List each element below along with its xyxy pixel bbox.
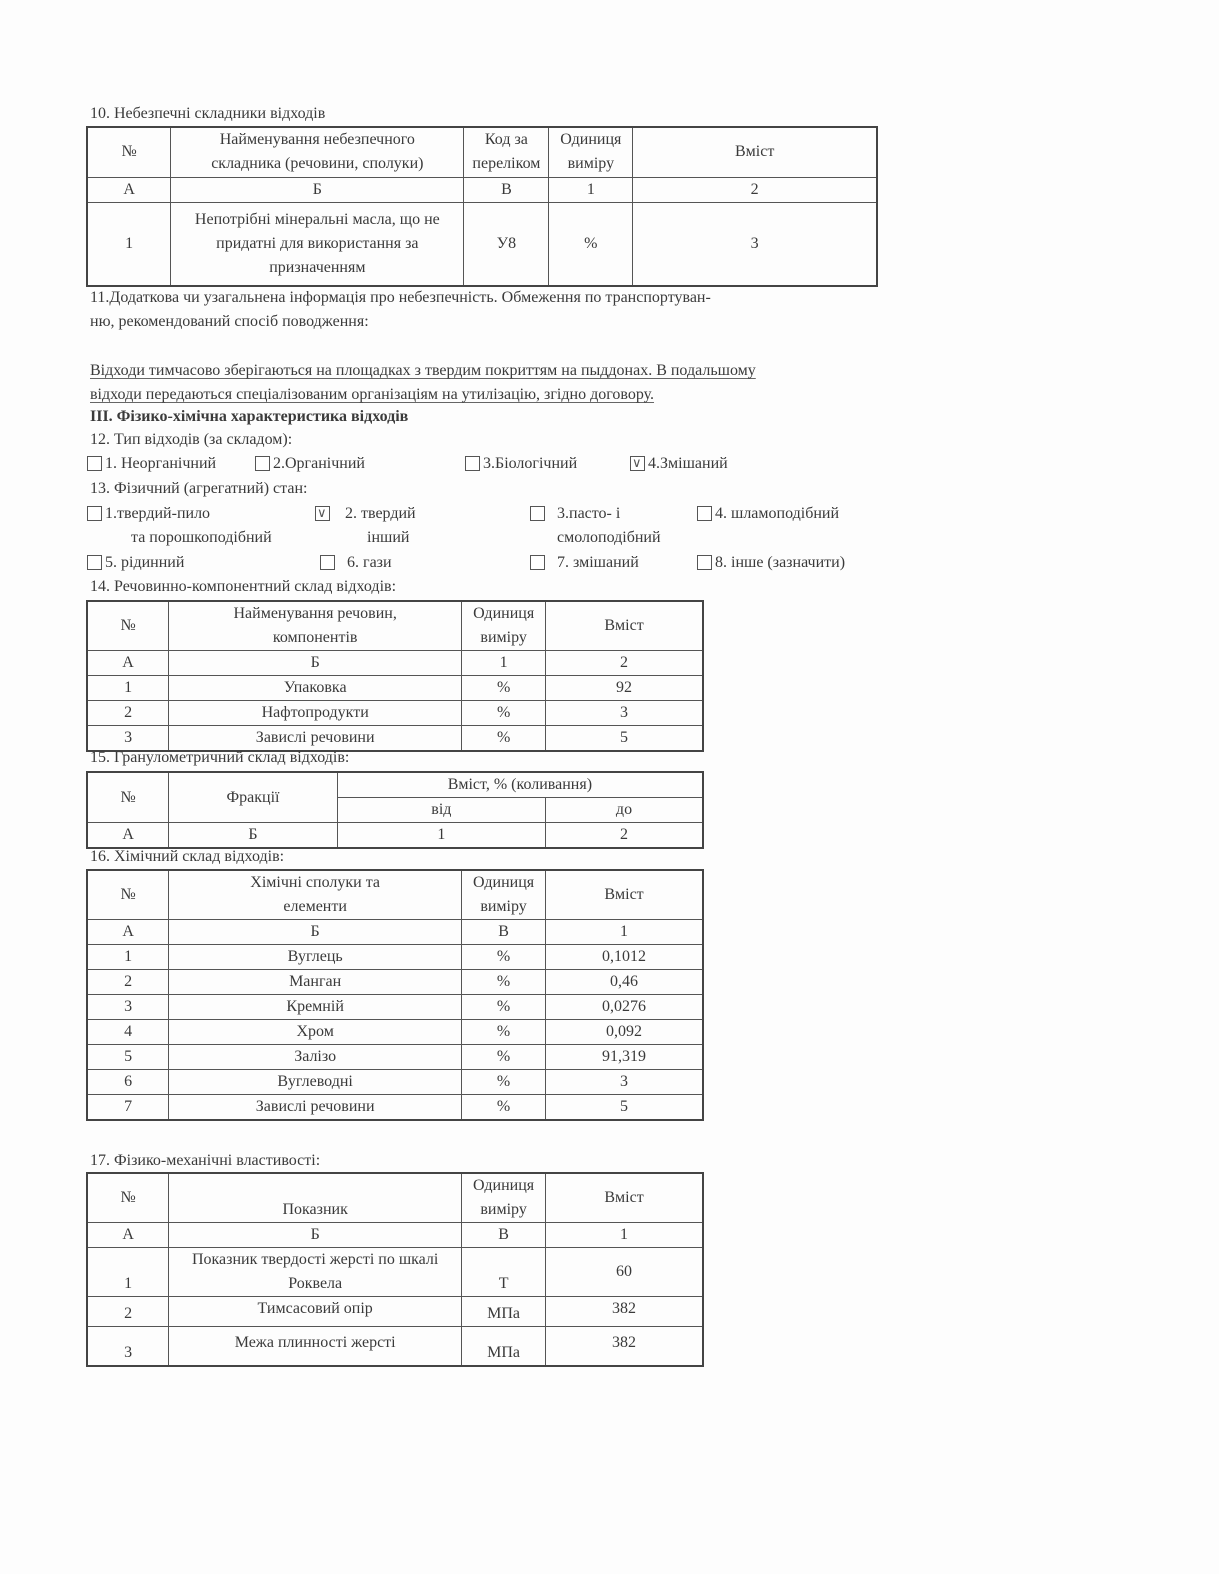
- index-cell: В: [464, 177, 549, 202]
- row-value: 92: [546, 676, 703, 701]
- row-value: 60: [546, 1248, 703, 1297]
- index-cell: В: [462, 1223, 546, 1248]
- table-row: 7 Завислі речовини % 5: [87, 1095, 703, 1121]
- table-row: 1 Показник твердості жерсті по шкаліРокв…: [87, 1248, 703, 1297]
- waste-type-mixed-option[interactable]: 4.Змішаний: [630, 452, 728, 476]
- table-row: 2 Тимсасовий опір МПа 382: [87, 1297, 703, 1327]
- header-no: №: [87, 127, 171, 177]
- waste-type-inorganic-option[interactable]: 1. Неорганічний: [87, 452, 216, 476]
- checkbox-gas[interactable]: [320, 555, 335, 570]
- section-11-text-line2: відходи передаються спеціалізованим орга…: [90, 385, 654, 405]
- section-13-title: 13. Фізичний (агрегатний) стан:: [90, 479, 307, 499]
- components-table: № Найменування речовин,компонентів Одини…: [86, 600, 704, 752]
- table-row: 1 Непотрібні мінеральні масла, що неприд…: [87, 202, 877, 286]
- row-name: Показник твердості жерсті по шкаліРоквел…: [169, 1248, 462, 1297]
- row-no: 2: [87, 701, 169, 726]
- header-name: Найменування небезпечногоскладника (речо…: [171, 127, 464, 177]
- row-unit: %: [462, 945, 546, 970]
- index-row: А Б В 1 2: [87, 177, 877, 202]
- row-value: 3: [633, 202, 877, 286]
- waste-type-organic-option[interactable]: 2.Органічний: [255, 452, 365, 476]
- row-no: 1: [87, 202, 171, 286]
- option-label: 1.твердий-пилота порошкоподібний: [105, 502, 272, 550]
- header-unit: Одиницявиміру: [462, 1173, 546, 1223]
- index-cell: А: [87, 920, 169, 945]
- header-no: №: [87, 1173, 169, 1223]
- row-unit: %: [549, 202, 633, 286]
- row-no: 1: [87, 676, 169, 701]
- section-12-title: 12. Тип відходів (за складом):: [90, 430, 292, 450]
- index-cell: 2: [546, 651, 703, 676]
- section-11-text-line1: Відходи тимчасово зберігаються на площад…: [90, 361, 756, 381]
- header-content: Вміст: [546, 1173, 703, 1223]
- waste-type-biological-option[interactable]: 3.Біологічний: [465, 452, 577, 476]
- row-name: Вуглець: [169, 945, 462, 970]
- row-name: Залізо: [169, 1045, 462, 1070]
- row-no: 3: [87, 995, 169, 1020]
- table-header-row: № Найменування речовин,компонентів Одини…: [87, 601, 703, 651]
- index-cell: В: [462, 920, 546, 945]
- table-row: 2 Манган % 0,46: [87, 970, 703, 995]
- table-row: 3 Кремній % 0,0276: [87, 995, 703, 1020]
- row-name: Завислі речовини: [169, 1095, 462, 1121]
- row-value: 0,46: [546, 970, 703, 995]
- chemical-composition-table: № Хімічні сполуки таелементи Одиницявимі…: [86, 869, 704, 1121]
- row-name: Тимсасовий опір: [169, 1297, 462, 1327]
- section-11-title-line2: ню, рекомендований спосіб поводження:: [90, 312, 369, 332]
- table-row: 6 Вуглеводні % 3: [87, 1070, 703, 1095]
- header-content-range: Вміст, % (коливання): [337, 772, 703, 798]
- checkbox-mixed-checked[interactable]: [630, 456, 645, 471]
- row-name: Непотрібні мінеральні масла, що непридат…: [171, 202, 464, 286]
- row-name: Вуглеводні: [169, 1070, 462, 1095]
- state-solid-dust-option[interactable]: 1.твердий-пилота порошкоподібний: [87, 502, 272, 550]
- row-name: Хром: [169, 1020, 462, 1045]
- index-row: А Б В 1: [87, 920, 703, 945]
- index-cell: А: [87, 177, 171, 202]
- hazardous-components-table: № Найменування небезпечногоскладника (ре…: [86, 126, 878, 287]
- row-unit: %: [462, 1095, 546, 1121]
- physical-mechanical-table: № Показник Одиницявиміру Вміст А Б В 1 1…: [86, 1172, 704, 1367]
- row-name: Кремній: [169, 995, 462, 1020]
- header-unit: Одиницявиміру: [462, 870, 546, 920]
- row-no: 6: [87, 1070, 169, 1095]
- row-unit: Т: [462, 1248, 546, 1297]
- index-row: А Б 1 2: [87, 651, 703, 676]
- row-unit: МПа: [462, 1297, 546, 1327]
- index-cell: 1: [546, 920, 703, 945]
- row-value: 382: [546, 1297, 703, 1327]
- row-no: 1: [87, 945, 169, 970]
- table-row: 1 Упаковка % 92: [87, 676, 703, 701]
- granulometric-table: № Фракції Вміст, % (коливання) від до А …: [86, 771, 704, 849]
- checkbox-solid-other-checked[interactable]: [315, 506, 330, 521]
- section-11-title-line1: 11.Додаткова чи узагальнена інформація п…: [90, 288, 711, 308]
- row-unit: %: [462, 701, 546, 726]
- row-value: 5: [546, 726, 703, 752]
- row-name: Упаковка: [169, 676, 462, 701]
- option-label: 1. Неорганічний: [105, 452, 216, 476]
- table-row: 4 Хром % 0,092: [87, 1020, 703, 1045]
- state-gas-option[interactable]: 6. гази: [320, 551, 392, 575]
- option-label: 4.Змішаний: [648, 452, 728, 476]
- header-fraction: Фракції: [169, 772, 338, 823]
- option-label: 7. змішаний: [557, 551, 639, 575]
- row-value: 3: [546, 701, 703, 726]
- index-cell: А: [87, 1223, 169, 1248]
- option-label: 3.Біологічний: [483, 452, 577, 476]
- row-unit: %: [462, 970, 546, 995]
- table-header-row: № Фракції Вміст, % (коливання): [87, 772, 703, 798]
- row-no: 5: [87, 1045, 169, 1070]
- row-unit: %: [462, 1070, 546, 1095]
- index-cell: Б: [169, 920, 462, 945]
- section-14-title: 14. Речовинно-компонентний склад відході…: [90, 577, 396, 597]
- option-label: 4. шламоподібний: [715, 502, 839, 526]
- checkbox-solid-dust[interactable]: [87, 506, 102, 521]
- option-label: 2. твердийінший: [345, 502, 416, 550]
- row-no: 1: [87, 1248, 169, 1297]
- row-name: Межа плинності жерсті: [169, 1327, 462, 1366]
- header-no: №: [87, 772, 169, 823]
- row-value: 3: [546, 1070, 703, 1095]
- state-other-option[interactable]: 8. інше (зазначити): [697, 551, 845, 575]
- option-label: 6. гази: [347, 551, 392, 575]
- checkbox-liquid[interactable]: [87, 555, 102, 570]
- index-cell: Б: [169, 651, 462, 676]
- section-16-title: 16. Хімічний склад відходів:: [90, 847, 284, 867]
- index-row: А Б 1 2: [87, 823, 703, 849]
- row-unit: %: [462, 726, 546, 752]
- checkbox-organic[interactable]: [255, 456, 270, 471]
- section-3-title: ІІІ. Фізико-хімічна характеристика відхо…: [90, 407, 408, 427]
- row-no: 4: [87, 1020, 169, 1045]
- option-label: 3.пасто- ісмолоподібний: [557, 502, 661, 550]
- index-cell: Б: [169, 823, 338, 849]
- header-name: Хімічні сполуки таелементи: [169, 870, 462, 920]
- header-unit: Одиницявиміру: [549, 127, 633, 177]
- row-value: 0,092: [546, 1020, 703, 1045]
- index-cell: 2: [633, 177, 877, 202]
- header-content: Вміст: [633, 127, 877, 177]
- header-content: Вміст: [546, 870, 703, 920]
- index-cell: 1: [337, 823, 545, 849]
- index-cell: 1: [462, 651, 546, 676]
- state-mixed-option[interactable]: 7. змішаний: [530, 551, 639, 575]
- row-unit: МПа: [462, 1327, 546, 1366]
- table-row: 3 Межа плинності жерсті МПа 382: [87, 1327, 703, 1366]
- option-label: 5. рідинний: [105, 551, 184, 575]
- checkbox-state-mixed[interactable]: [530, 555, 545, 570]
- section-10-title: 10. Небезпечні складники відходів: [90, 104, 325, 124]
- header-no: №: [87, 601, 169, 651]
- checkbox-inorganic[interactable]: [87, 456, 102, 471]
- checkbox-paste[interactable]: [530, 506, 545, 521]
- state-liquid-option[interactable]: 5. рідинний: [87, 551, 184, 575]
- table-header-row: № Хімічні сполуки таелементи Одиницявимі…: [87, 870, 703, 920]
- index-cell: А: [87, 823, 169, 849]
- header-to: до: [546, 798, 704, 823]
- option-label: 2.Органічний: [273, 452, 365, 476]
- row-name: Манган: [169, 970, 462, 995]
- row-value: 91,319: [546, 1045, 703, 1070]
- index-cell: 1: [549, 177, 633, 202]
- state-solid-other-option[interactable]: 2. твердийінший: [315, 502, 416, 550]
- row-name: Нафтопродукти: [169, 701, 462, 726]
- header-unit: Одиницявиміру: [462, 601, 546, 651]
- header-from: від: [337, 798, 545, 823]
- table-header-row: № Найменування небезпечногоскладника (ре…: [87, 127, 877, 177]
- index-cell: А: [87, 651, 169, 676]
- option-label: 8. інше (зазначити): [715, 551, 845, 575]
- row-unit: %: [462, 1045, 546, 1070]
- header-no: №: [87, 870, 169, 920]
- index-cell: 1: [546, 1223, 703, 1248]
- state-paste-option[interactable]: 3.пасто- ісмолоподібний: [530, 502, 661, 550]
- table-row: 1 Вуглець % 0,1012: [87, 945, 703, 970]
- row-value: 5: [546, 1095, 703, 1121]
- row-unit: %: [462, 1020, 546, 1045]
- table-row: 5 Залізо % 91,319: [87, 1045, 703, 1070]
- header-name: Показник: [169, 1173, 462, 1223]
- row-no: 3: [87, 1327, 169, 1366]
- row-unit: %: [462, 676, 546, 701]
- row-no: 7: [87, 1095, 169, 1121]
- section-15-title: 15. Гранулометричний склад відходів:: [90, 748, 349, 768]
- header-code: Код запереліком: [464, 127, 549, 177]
- table-row: 2 Нафтопродукти % 3: [87, 701, 703, 726]
- checkbox-sludge[interactable]: [697, 506, 712, 521]
- row-value: 0,0276: [546, 995, 703, 1020]
- table-header-row: № Показник Одиницявиміру Вміст: [87, 1173, 703, 1223]
- row-code: У8: [464, 202, 549, 286]
- row-no: 2: [87, 970, 169, 995]
- row-value: 382: [546, 1327, 703, 1366]
- row-unit: %: [462, 995, 546, 1020]
- header-name: Найменування речовин,компонентів: [169, 601, 462, 651]
- row-value: 0,1012: [546, 945, 703, 970]
- state-sludge-option[interactable]: 4. шламоподібний: [697, 502, 839, 526]
- index-cell: 2: [546, 823, 704, 849]
- row-no: 2: [87, 1297, 169, 1327]
- index-cell: Б: [171, 177, 464, 202]
- index-cell: Б: [169, 1223, 462, 1248]
- checkbox-state-other[interactable]: [697, 555, 712, 570]
- checkbox-biological[interactable]: [465, 456, 480, 471]
- index-row: А Б В 1: [87, 1223, 703, 1248]
- header-content: Вміст: [546, 601, 703, 651]
- section-17-title: 17. Фізико-механічні властивості:: [90, 1151, 320, 1171]
